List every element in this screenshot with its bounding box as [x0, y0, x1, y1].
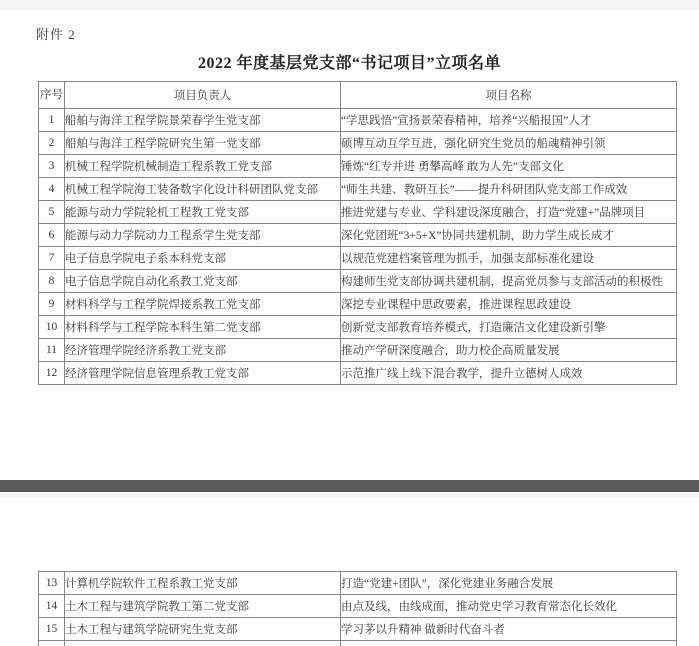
- project-name-cell: “学思践悟”宣扬景荣春精神，培养“兴船报国”人才: [341, 109, 677, 132]
- row-number-cell: 1: [39, 109, 65, 132]
- row-number-cell: 13: [39, 572, 65, 595]
- project-leader-cell: 机械工程学院海工装备数字化设计科研团队党支部: [65, 178, 341, 201]
- table-header-row: 序号 项目负责人 项目名称: [39, 82, 677, 109]
- row-number-cell: 8: [39, 270, 65, 293]
- row-number-cell: 11: [39, 339, 65, 362]
- row-number-cell: [39, 641, 65, 646]
- project-name-cell: 推进党建与专业、学科建设深度融合，打造“党建+”品牌项目: [341, 201, 677, 224]
- project-name-cell: 示范推广线上线下混合教学，提升立德树人成效: [341, 362, 677, 385]
- project-leader-cell: 电子信息学院自动化系教工党支部: [65, 270, 341, 293]
- project-name-cell: 学习茅以升精神 做新时代奋斗者: [341, 618, 677, 641]
- project-name-cell: [341, 641, 677, 646]
- page-top-edge: [0, 0, 699, 10]
- page-title: 2022 年度基层党支部“书记项目”立项名单: [0, 50, 699, 73]
- table-row: 14 土木工程与建筑学院教工第二党支部 由点及线，由线成面，推动党史学习教育常态…: [39, 595, 677, 618]
- table-row: 11 经济管理学院经济系教工党支部 推动产学研深度融合，助力校企高质量发展: [39, 339, 677, 362]
- project-leader-cell: 船舶与海洋工程学院研究生第一党支部: [65, 132, 341, 155]
- header-cell-name: 项目名称: [341, 82, 677, 109]
- project-table-page1: 序号 项目负责人 项目名称 1 船舶与海洋工程学院景荣春学生党支部 “学思践悟”…: [38, 81, 677, 385]
- row-number-cell: 9: [39, 293, 65, 316]
- project-table-page2: 13 计算机学院软件工程系教工党支部 打造“党建+团队”，深化党建业务融合发展 …: [38, 571, 677, 646]
- table-row: 4 机械工程学院海工装备数字化设计科研团队党支部 “师生共建、教研互长”——提升…: [39, 178, 677, 201]
- table-row: 1 船舶与海洋工程学院景荣春学生党支部 “学思践悟”宣扬景荣春精神，培养“兴船报…: [39, 109, 677, 132]
- row-number-cell: 4: [39, 178, 65, 201]
- project-name-cell: “师生共建、教研互长”——提升科研团队党支部工作成效: [341, 178, 677, 201]
- project-name-cell: 创新党支部教育培养模式，打造廉洁文化建设新引擎: [341, 316, 677, 339]
- table-body-page2: 13 计算机学院软件工程系教工党支部 打造“党建+团队”，深化党建业务融合发展 …: [39, 572, 677, 646]
- table-row: 12 经济管理学院信息管理系教工党支部 示范推广线上线下混合教学，提升立德树人成…: [39, 362, 677, 385]
- row-number-cell: 10: [39, 316, 65, 339]
- project-name-cell: 打造“党建+团队”，深化党建业务融合发展: [341, 572, 677, 595]
- row-number-cell: 6: [39, 224, 65, 247]
- project-name-cell: 以规范党建档案管理为抓手，加强支部标准化建设: [341, 247, 677, 270]
- header-cell-no: 序号: [39, 82, 65, 109]
- table-row: 15 土木工程与建筑学院研究生党支部 学习茅以升精神 做新时代奋斗者: [39, 618, 677, 641]
- table-row-partial: [39, 641, 677, 646]
- row-number-cell: 5: [39, 201, 65, 224]
- row-number-cell: 7: [39, 247, 65, 270]
- table-row: 13 计算机学院软件工程系教工党支部 打造“党建+团队”，深化党建业务融合发展: [39, 572, 677, 595]
- project-name-cell: 硕博互动互学互进，强化研究生党员的船魂精神引领: [341, 132, 677, 155]
- header-cell-leader: 项目负责人: [65, 82, 341, 109]
- project-leader-cell: 土木工程与建筑学院教工第二党支部: [65, 595, 341, 618]
- table-row: 5 能源与动力学院轮机工程教工党支部 推进党建与专业、学科建设深度融合，打造“党…: [39, 201, 677, 224]
- row-number-cell: 14: [39, 595, 65, 618]
- project-leader-cell: 经济管理学院信息管理系教工党支部: [65, 362, 341, 385]
- row-number-cell: 15: [39, 618, 65, 641]
- table-row: 8 电子信息学院自动化系教工党支部 构建师生党支部协调共建机制，提高党员参与支部…: [39, 270, 677, 293]
- project-leader-cell: 材料科学与工程学院本科生第二党支部: [65, 316, 341, 339]
- project-leader-cell: 计算机学院软件工程系教工党支部: [65, 572, 341, 595]
- row-number-cell: 12: [39, 362, 65, 385]
- page-separator-band: [0, 480, 699, 492]
- project-leader-cell: 材料科学与工程学院焊接系教工党支部: [65, 293, 341, 316]
- project-name-cell: 深化党团班“3+5+X”协同共建机制，助力学生成长成才: [341, 224, 677, 247]
- attachment-label: 附件 2: [36, 24, 76, 43]
- project-leader-cell: 土木工程与建筑学院研究生党支部: [65, 618, 341, 641]
- project-leader-cell: 电子信息学院电子系本科党支部: [65, 247, 341, 270]
- page-separator-shadow: [0, 493, 699, 497]
- table-row: 2 船舶与海洋工程学院研究生第一党支部 硕博互动互学互进，强化研究生党员的船魂精…: [39, 132, 677, 155]
- table-row: 10 材料科学与工程学院本科生第二党支部 创新党支部教育培养模式，打造廉洁文化建…: [39, 316, 677, 339]
- project-name-cell: 锤炼“红专并进 勇攀高峰 敢为人先”支部文化: [341, 155, 677, 178]
- project-leader-cell: [65, 641, 341, 646]
- table-header: 序号 项目负责人 项目名称: [39, 82, 677, 109]
- project-name-cell: 构建师生党支部协调共建机制，提高党员参与支部活动的积极性: [341, 270, 677, 293]
- row-number-cell: 3: [39, 155, 65, 178]
- project-leader-cell: 能源与动力学院动力工程系学生党支部: [65, 224, 341, 247]
- project-leader-cell: 经济管理学院经济系教工党支部: [65, 339, 341, 362]
- table-row: 6 能源与动力学院动力工程系学生党支部 深化党团班“3+5+X”协同共建机制，助…: [39, 224, 677, 247]
- table-body-page1: 1 船舶与海洋工程学院景荣春学生党支部 “学思践悟”宣扬景荣春精神，培养“兴船报…: [39, 109, 677, 385]
- project-name-cell: 由点及线，由线成面，推动党史学习教育常态化长效化: [341, 595, 677, 618]
- project-leader-cell: 机械工程学院机械制造工程系教工党支部: [65, 155, 341, 178]
- project-name-cell: 深挖专业课程中思政要素，推进课程思政建设: [341, 293, 677, 316]
- table-row: 7 电子信息学院电子系本科党支部 以规范党建档案管理为抓手，加强支部标准化建设: [39, 247, 677, 270]
- table-row: 9 材料科学与工程学院焊接系教工党支部 深挖专业课程中思政要素，推进课程思政建设: [39, 293, 677, 316]
- project-name-cell: 推动产学研深度融合，助力校企高质量发展: [341, 339, 677, 362]
- project-leader-cell: 船舶与海洋工程学院景荣春学生党支部: [65, 109, 341, 132]
- row-number-cell: 2: [39, 132, 65, 155]
- table-row: 3 机械工程学院机械制造工程系教工党支部 锤炼“红专并进 勇攀高峰 敢为人先”支…: [39, 155, 677, 178]
- project-leader-cell: 能源与动力学院轮机工程教工党支部: [65, 201, 341, 224]
